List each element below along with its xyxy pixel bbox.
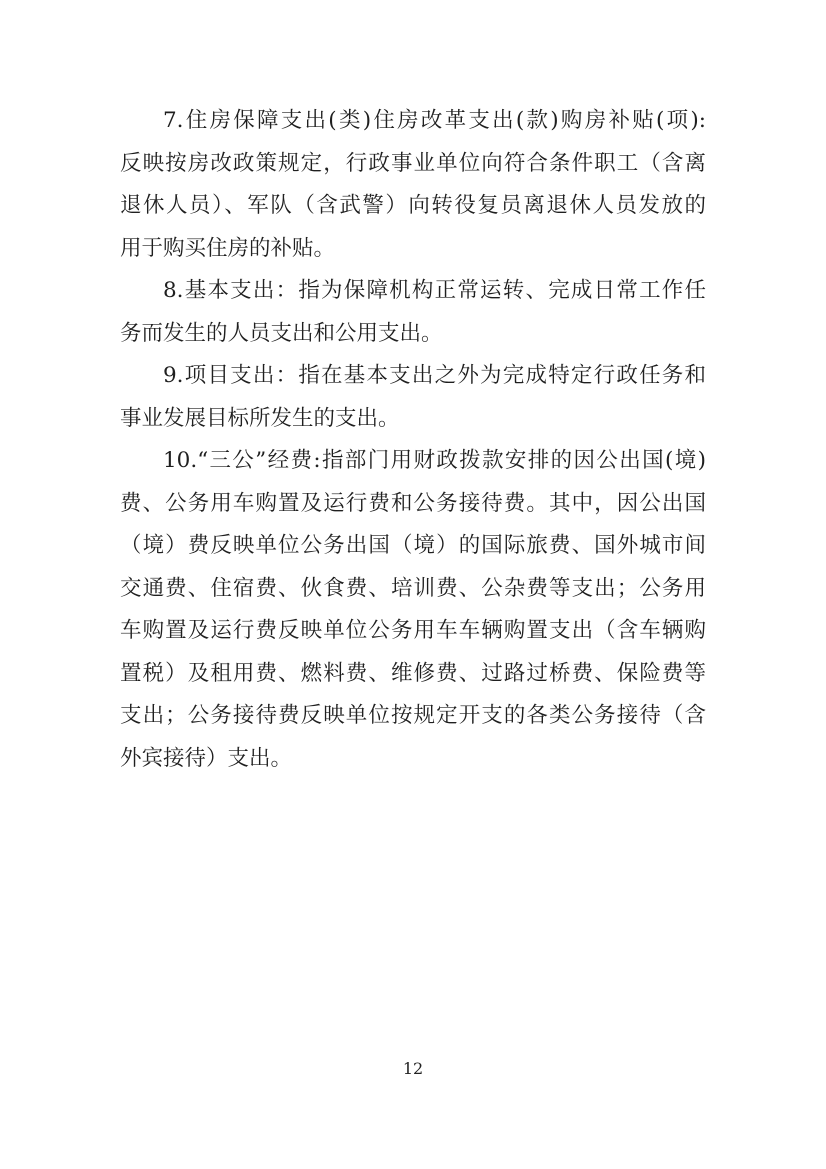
text-line: 交通费、住宿费、伙食费、培训费、公杂费等支出；公务用 bbox=[120, 568, 706, 611]
item-8-basic-expenditure: 8.基本支出：指为保障机构正常运转、完成日常工作任务而发生的人员支出和公用支出。 bbox=[120, 270, 706, 355]
item-7-housing-security-expenditure: 7.住房保障支出(类)住房改革支出(款)购房补贴(项):反映按房改政策规定，行政… bbox=[120, 100, 706, 270]
text-line: 7.住房保障支出(类)住房改革支出(款)购房补贴(项): bbox=[120, 100, 706, 143]
text-line: 车购置及运行费反映单位公务用车车辆购置支出（含车辆购 bbox=[120, 610, 706, 653]
text-line: 8.基本支出：指为保障机构正常运转、完成日常工作任 bbox=[120, 270, 706, 313]
text-line: 9.项目支出：指在基本支出之外为完成特定行政任务和 bbox=[120, 355, 706, 398]
text-line: （境）费反映单位公务出国（境）的国际旅费、国外城市间 bbox=[120, 525, 706, 568]
page-footer: 12 bbox=[0, 1058, 826, 1080]
page-number: 12 bbox=[403, 1059, 423, 1078]
item-9-project-expenditure: 9.项目支出：指在基本支出之外为完成特定行政任务和事业发展目标所发生的支出。 bbox=[120, 355, 706, 440]
text-line: 支出；公务接待费反映单位按规定开支的各类公务接待（含 bbox=[120, 695, 706, 738]
text-line: 务而发生的人员支出和公用支出。 bbox=[120, 313, 706, 356]
text-line: 10.“三公”经费:指部门用财政拨款安排的因公出国(境) bbox=[120, 440, 706, 483]
text-line: 置税）及租用费、燃料费、维修费、过路过桥费、保险费等 bbox=[120, 653, 706, 696]
text-line: 事业发展目标所发生的支出。 bbox=[120, 398, 706, 441]
item-10-three-public-funds: 10.“三公”经费:指部门用财政拨款安排的因公出国(境)费、公务用车购置及运行费… bbox=[120, 440, 706, 780]
document-body: 7.住房保障支出(类)住房改革支出(款)购房补贴(项):反映按房改政策规定，行政… bbox=[120, 100, 706, 780]
text-line: 外宾接待）支出。 bbox=[120, 738, 706, 781]
text-line: 退休人员）、军队（含武警）向转役复员离退休人员发放的 bbox=[120, 185, 706, 228]
document-page: 7.住房保障支出(类)住房改革支出(款)购房补贴(项):反映按房改政策规定，行政… bbox=[0, 0, 826, 1169]
text-line: 用于购买住房的补贴。 bbox=[120, 228, 706, 271]
text-line: 费、公务用车购置及运行费和公务接待费。其中，因公出国 bbox=[120, 483, 706, 526]
text-line: 反映按房改政策规定，行政事业单位向符合条件职工（含离 bbox=[120, 143, 706, 186]
